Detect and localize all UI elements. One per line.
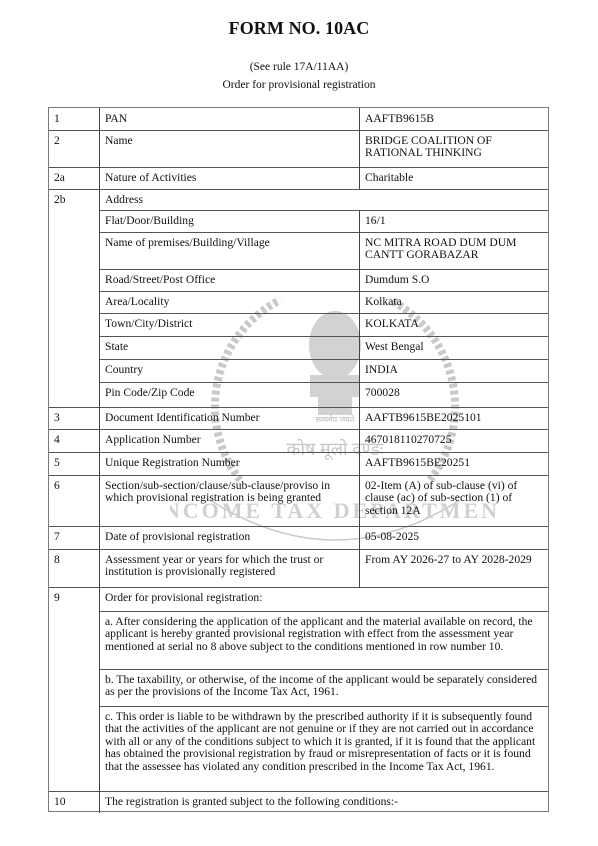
row-number: 8: [54, 554, 60, 566]
row-number: 1: [54, 113, 60, 125]
field-label: c. This order is liable to be withdrawn …: [105, 711, 545, 773]
field-value: AAFTB9615BE2025101: [365, 412, 547, 424]
table-row: 2aNature of ActivitiesCharitable: [49, 167, 548, 189]
field-label: Nature of Activities: [105, 172, 361, 184]
field-label: PAN: [105, 113, 361, 125]
field-label: b. The taxability, or otherwise, of the …: [105, 674, 545, 699]
table-row: 6Section/sub-section/clause/sub-clause/p…: [49, 475, 548, 526]
table-row: Pin Code/Zip Code700028: [49, 382, 548, 407]
table-row: 8Assessment year or years for which the …: [49, 549, 548, 587]
table-row: 5Unique Registration NumberAAFTB9615BE20…: [49, 452, 548, 475]
row-number: 9: [54, 592, 60, 604]
field-label: Application Number: [105, 434, 361, 446]
row-number: 5: [54, 457, 60, 469]
table-row: 2NameBRIDGE COALITION OF RATIONAL THINKI…: [49, 130, 548, 167]
table-row: 2bAddress: [49, 189, 548, 210]
field-label: Unique Registration Number: [105, 457, 361, 469]
field-label: Date of provisional registration: [105, 531, 361, 543]
field-value: 700028: [365, 387, 547, 399]
field-label: a. After considering the application of …: [105, 616, 545, 653]
field-label: Section/sub-section/clause/sub-clause/pr…: [105, 480, 361, 505]
row-number: 4: [54, 434, 60, 446]
field-value: INDIA: [365, 364, 547, 376]
field-value: 16/1: [365, 215, 547, 227]
field-value: AAFTB9615B: [365, 113, 547, 125]
field-label: Pin Code/Zip Code: [105, 387, 361, 399]
field-value: KOLKATA: [365, 318, 547, 330]
table-row: Name of premises/Building/VillageNC MITR…: [49, 232, 548, 269]
field-label: Document Identification Number: [105, 412, 361, 424]
field-label: Flat/Door/Building: [105, 215, 361, 227]
form-subtitle: Order for provisional registration: [0, 79, 598, 91]
row-number: 6: [54, 480, 60, 492]
row-number: 2: [54, 135, 60, 147]
field-value: 05-08-2025: [365, 531, 547, 543]
row-number: 10: [54, 796, 66, 808]
table-row: Area/LocalityKolkata: [49, 291, 548, 313]
table-row: StateWest Bengal: [49, 336, 548, 359]
row-number: 2a: [54, 172, 65, 184]
table-row: 7Date of provisional registration05-08-2…: [49, 526, 548, 549]
registration-table: 1PANAAFTB9615B2NameBRIDGE COALITION OF R…: [48, 107, 549, 812]
table-row: a. After considering the application of …: [49, 611, 548, 669]
field-value: NC MITRA ROAD DUM DUM CANTT GORABAZAR: [365, 237, 547, 262]
field-value: Dumdum S.O: [365, 274, 547, 286]
table-row: 4Application Number467018110270725: [49, 429, 548, 452]
table-row: Flat/Door/Building16/1: [49, 210, 548, 232]
field-value: AAFTB9615BE20251: [365, 457, 547, 469]
table-row: CountryINDIA: [49, 359, 548, 382]
table-row: 10The registration is granted subject to…: [49, 791, 548, 813]
field-label: Area/Locality: [105, 296, 361, 308]
field-label: Address: [105, 194, 545, 206]
table-row: Road/Street/Post OfficeDumdum S.O: [49, 269, 548, 291]
field-label: Road/Street/Post Office: [105, 274, 361, 286]
table-row: b. The taxability, or otherwise, of the …: [49, 669, 548, 706]
field-label: State: [105, 341, 361, 353]
table-row: c. This order is liable to be withdrawn …: [49, 706, 548, 791]
rule-reference: (See rule 17A/11AA): [0, 61, 598, 73]
row-number: 2b: [54, 194, 66, 206]
row-number: 7: [54, 531, 60, 543]
field-value: Kolkata: [365, 296, 547, 308]
row-number: 3: [54, 412, 60, 424]
field-label: Town/City/District: [105, 318, 361, 330]
field-label: Order for provisional registration:: [105, 592, 545, 604]
field-label: Assessment year or years for which the t…: [105, 554, 361, 579]
field-value: 02-Item (A) of sub-clause (vi) of clause…: [365, 480, 547, 517]
table-row: 3Document Identification NumberAAFTB9615…: [49, 407, 548, 429]
table-row: 9Order for provisional registration:: [49, 587, 548, 611]
field-value: From AY 2026-27 to AY 2028-2029: [365, 554, 547, 566]
table-row: Town/City/DistrictKOLKATA: [49, 313, 548, 336]
field-value: BRIDGE COALITION OF RATIONAL THINKING: [365, 135, 547, 160]
field-value: 467018110270725: [365, 434, 547, 446]
field-value: Charitable: [365, 172, 547, 184]
field-label: Country: [105, 364, 361, 376]
field-value: West Bengal: [365, 341, 547, 353]
field-label: Name of premises/Building/Village: [105, 237, 361, 249]
table-row: 1PANAAFTB9615B: [49, 108, 548, 130]
field-label: The registration is granted subject to t…: [105, 796, 545, 808]
form-title: FORM NO. 10AC: [0, 18, 598, 39]
field-label: Name: [105, 135, 361, 147]
